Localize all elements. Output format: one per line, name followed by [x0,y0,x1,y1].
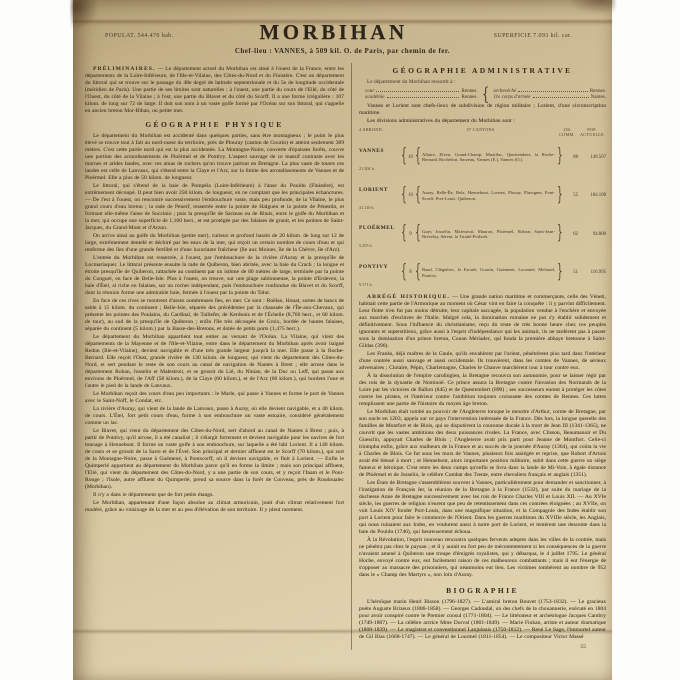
paragraph-climat: Le Morbihan, appartenant d'une façon abs… [85,500,344,514]
ressortit-list: cour Rennes. académie Rennes. { [365,87,606,101]
paragraph-vilaine: Le département du Morbihan appartient to… [85,334,344,390]
paragraph-littoral: Le littoral, qui s'étend de la baie de P… [85,183,344,232]
population-value: 148.567 [578,155,606,160]
arrondissement-cell: LORIENT 41.110 h. [359,178,401,214]
historique-text-1: — Une grande nation maritime et commerça… [359,294,606,349]
chef-lieu-population: 9.171 h. [359,282,373,287]
dotted-leader [376,91,459,92]
population-stat: POPULAT. 544.470 hab. [105,33,173,42]
brace-glyph: { [482,84,490,105]
historique-carolingien: À la dissolution de l'empire carolingien… [359,373,606,408]
chef-lieu-line: Chef-lieu : VANNES, à 509 kil. O. de Par… [73,47,612,55]
ressortit-item: académie Rennes. [365,94,478,100]
paragraph-cours-eau: Le Morbihan reçoit des cours d'eau peu i… [85,391,344,405]
historique-franks: Les Franks, déjà maîtres de la Gaule, qu… [359,351,606,372]
page-title: MORBIHAN [173,22,493,42]
document-page: POPULAT. 544.470 hab. MORBIHAN SUPERFICI… [73,0,612,680]
table-row: PLOËRMEL 5.255 h. { 9 { Guer, Josselin, … [359,216,606,252]
ressortit-right-column: archevêché Rennes. 11e corps d'armée Nan… [493,88,606,101]
brace-glyph: } [557,151,562,164]
communes-count: 62 [562,232,578,237]
arrondissement-cell: PLOËRMEL 5.255 h. [359,216,401,252]
page-number: 55 [359,644,586,650]
brace-glyph: } [557,189,562,202]
communes-count: 55 [562,193,578,198]
dotted-leader [518,91,587,92]
header-arrondissements: 4 ARROND. [359,127,405,137]
dotted-leader [387,97,460,98]
geographie-administrative-heading: GÉOGRAPHIE ADMINISTRATIVE [359,66,606,75]
canton-list: Allaire, Elven, Grand-Champ, Muzillac, Q… [420,152,557,163]
preliminaires-text: — Le département actuel du Morbihan est … [85,66,344,114]
chef-lieu-population: 5.255 h. [359,243,373,248]
canton-count: 10 [406,155,415,160]
population-value: 116.995 [578,270,606,275]
brace-glyph: { [415,151,420,164]
chef-lieu-population: 41.110 h. [359,205,375,210]
brace-glyph: } [557,266,562,279]
brace-glyph: } [557,228,562,241]
historique-revolution: À la Révolution, l'esprit nouveau rencon… [359,537,606,579]
dotted-leader [533,97,589,98]
right-column: GÉOGRAPHIE ADMINISTRATIVE Le département… [351,63,606,650]
arrondissement-name: PLOËRMEL [359,225,395,231]
scan-background: POPULAT. 544.470 hab. MORBIHAN SUPERFICI… [0,0,680,680]
superficie-stat: SUPERFICIE 7.093 kil. car. [494,33,572,42]
military-note: Vannes et Lorient sont chefs-lieux de su… [359,103,606,117]
geographie-physique-heading: GÉOGRAPHIE PHYSIQUE [85,120,344,129]
paragraph-blavet: Le Blavet, qui vient du département des … [85,428,344,491]
arrondissement-name: LORIENT [359,187,388,193]
paragraph-auray: La rivière d'Auray, qui vient de la land… [85,406,344,427]
brace-glyph: { [415,266,420,279]
biographie-paragraph: L'héroïque marin Henri Bisson (1796-1827… [359,599,606,641]
brace-glyph: { [401,189,406,202]
ressortit-value: Rennes. [461,94,477,100]
arrondissement-name: VANNES [359,148,384,154]
communes-count: 51 [562,270,578,275]
brace-glyph: { [401,228,406,241]
arrondissement-cell: PONTIVY 9.171 h. [359,255,401,291]
header-cantons: 37 CANTONS [405,127,556,137]
paragraph-quiberon: L'entrée du Morbihan est resserrée, à l'… [85,255,344,297]
scan-shadow-top-right [569,0,615,14]
ressortit-value: Nantes. [591,94,606,100]
abrege-historique-label: ABRÉGÉ HISTORIQUE. [367,294,450,300]
paragraph-iles: En face de ces rives se montrent d'assez… [85,298,344,333]
arrondissement-name: PONTIVY [359,264,388,270]
ressortit-key: académie [365,94,385,100]
abrege-historique-paragraph: ABRÉGÉ HISTORIQUE. — Une grande nation m… [359,294,606,350]
canton-count: 10 [406,193,415,198]
historique-etats-bretagne: Les États de Bretagne s'assemblèrent sou… [359,480,606,536]
divisions-intro: Les divisions administratives du départe… [359,118,606,125]
canton-count: 9 [406,232,415,237]
arrondissements-table: 4 ARROND. 37 CANTONS 256 COMM. POP. ACTU… [359,127,606,291]
canton-count: 8 [406,270,415,275]
preliminaires-label: PRÉLIMINAIRES. [93,66,156,72]
canton-list: Auray, Belle-Île, Belz, Hennebont, Lorie… [420,190,557,201]
paragraph-etangs: Il n'y a dans le département que de fort… [85,492,344,499]
page-header: POPULAT. 544.470 hab. MORBIHAN SUPERFICI… [73,22,612,42]
chef-lieu-population: 21.504 h. [359,166,375,171]
brace-glyph: { [401,151,406,164]
table-row: LORIENT 41.110 h. { 10 { Auray, Belle-Îl… [359,178,606,214]
ressortit-key: 11e corps d'armée [493,94,530,100]
table-header-row: 4 ARROND. 37 CANTONS 256 COMM. POP. ACTU… [359,127,606,137]
table-row: VANNES 21.504 h. { 10 { Allaire, Elven, … [359,139,606,175]
population-value: 94.800 [578,232,606,237]
canton-list: Guer, Josselin, Malestroit, Mauron, Ploë… [420,229,557,240]
ressortit-item: 11e corps d'armée Nantes. [493,94,606,100]
population-value: 184.108 [578,193,606,198]
arrondissement-cell: VANNES 21.504 h. [359,139,401,175]
canton-list: Baud, Cléguérec, le Faouët, Gourin, Guém… [420,267,557,278]
two-column-layout: PRÉLIMINAIRES. — Le département actuel d… [85,63,606,650]
preliminaires-paragraph: PRÉLIMINAIRES. — Le département actuel d… [85,66,344,115]
paragraph-golfe-morbihan: On arrive ainsi au golfe du Morbihan (pe… [85,233,344,254]
communes-count: 88 [562,155,578,160]
table-row: PONTIVY 9.171 h. { 8 { Baud, Cléguérec, … [359,255,606,291]
paragraph-relief: Le département du Morbihan est accidenté… [85,133,344,182]
brace-glyph: { [415,228,420,241]
header-communes: 256 COMM. [556,127,578,137]
brace-glyph: { [415,189,420,202]
left-column: PRÉLIMINAIRES. — Le département actuel d… [85,63,351,650]
biographie-heading: BIOGRAPHIE [359,586,606,595]
historique-montfort-blois: Le Morbihan était tombé au pouvoir de l'… [359,409,606,479]
header-population: POP. ACTUELLE [578,127,606,137]
brace-glyph: { [401,266,406,279]
ressortit-left-column: cour Rennes. académie Rennes. [365,88,478,101]
